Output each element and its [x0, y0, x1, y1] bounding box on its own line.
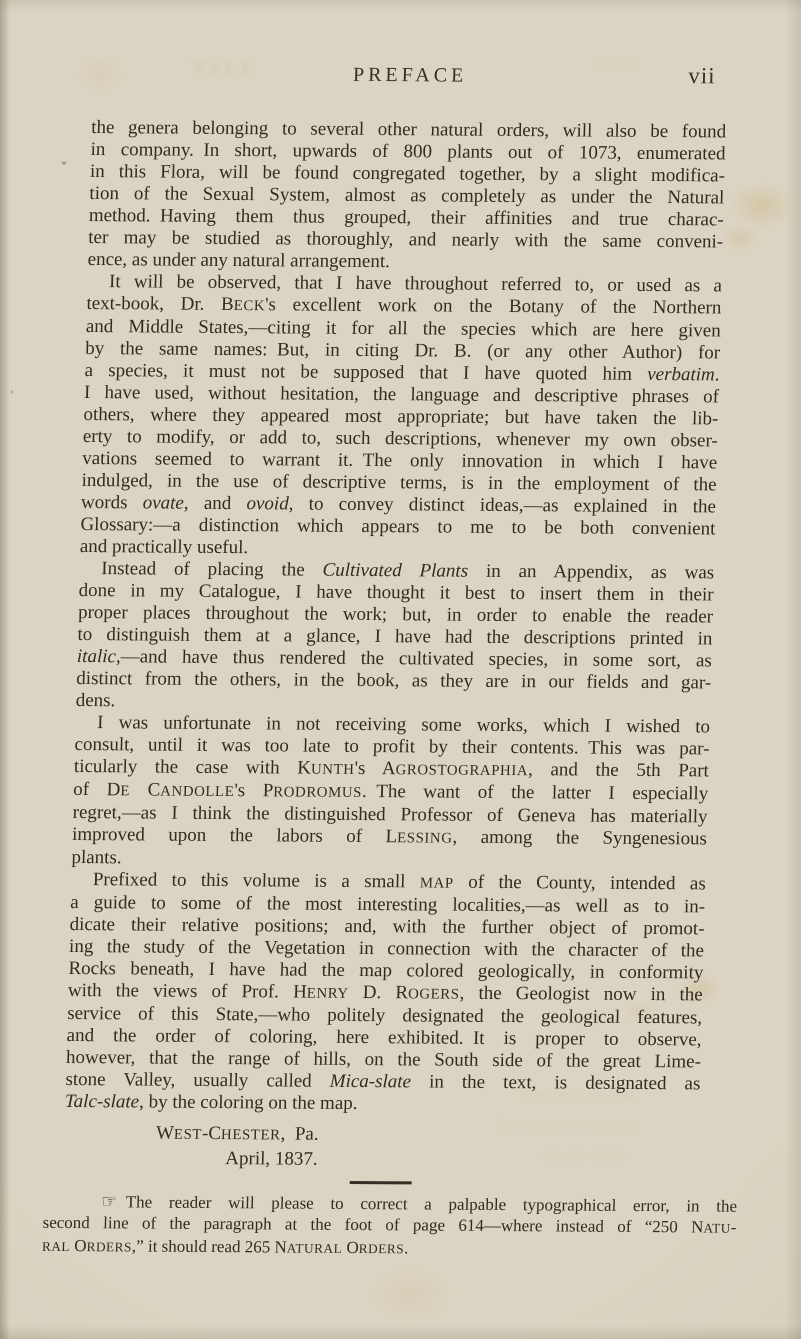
text-run: RODROMUS [273, 784, 362, 801]
book-page-scan: LISTIIIVmn ttl vrn mnttn mrl vt nn tr ml… [0, 0, 801, 1339]
text-run: 's excellent work on the Botany of the N… [265, 294, 722, 318]
text-run: RDERS [86, 1239, 132, 1254]
text-run: a guide to some of the most interesting … [70, 892, 705, 917]
paragraph: It will be observed, that I have through… [80, 271, 723, 562]
text-run: tion of the Sexual System, almost as com… [89, 183, 724, 208]
text-run: done in my Catalogue, I have thought it … [78, 580, 713, 605]
text-run: . [715, 364, 720, 385]
manicule-icon: ☞ [101, 1191, 118, 1212]
signature-block: WEST-CHESTER, Pa. April, 1837. [63, 1121, 699, 1174]
smallcaps-text: BECK [221, 294, 266, 315]
text-run: R [395, 982, 408, 1003]
text-run: O [342, 1237, 359, 1256]
text-run: others, where they appeared most appropr… [83, 404, 718, 429]
text-run: The reader will please to correct a palp… [117, 1192, 737, 1215]
text-run: to distinguish them at a glance, I have … [77, 624, 712, 649]
text-run: UNTH [311, 762, 355, 778]
smallcaps-text: WEST-CHESTER [156, 1123, 281, 1145]
text-run: a species, it must not be supposed that … [84, 360, 647, 385]
signature-date: April, 1837. [63, 1146, 699, 1174]
text-run: , Pa. [280, 1123, 319, 1144]
text-run: N [274, 1237, 287, 1256]
text-run: 's [354, 758, 382, 779]
text-run: Instead of placing the [101, 558, 323, 581]
text-run: ENRY [307, 986, 349, 1002]
text-line: improved upon the labors of LESSING, amo… [72, 824, 708, 851]
text-run: , by the coloring on the map. [139, 1091, 358, 1114]
text-run: It will be observed, that I have through… [109, 271, 722, 296]
divider-rule [349, 1181, 411, 1184]
text-run: EST [174, 1127, 203, 1143]
smallcaps-text: LESSING [385, 826, 453, 847]
text-run: H [293, 982, 307, 1003]
text-run: in company. In short, upwards of 800 pla… [90, 139, 725, 164]
text-run: ter may be studied as thoroughly, and ne… [88, 227, 723, 252]
text-run: dens. [75, 690, 115, 711]
paragraph: Prefixed to this volume is a small MAP o… [65, 869, 706, 1117]
smallcaps-text: PRODROMUS [262, 780, 362, 802]
page-title: PREFACE [92, 62, 728, 89]
text-run: with the views of Prof. [68, 980, 294, 1003]
text-run: GROSTOGRAPHIA [395, 762, 528, 779]
text-run: erty to modify, or add to, such descript… [83, 426, 718, 451]
text-run: I was unfortunate in not receiving some … [97, 712, 710, 737]
page-header: PREFACE vii [92, 62, 728, 94]
text-run: D. [348, 982, 395, 1003]
text-run: RDERS [359, 1241, 405, 1256]
text-run: HESTER [221, 1127, 281, 1143]
smallcaps-text: DE CANDOLLE [106, 779, 234, 801]
text-run: service of this State,—who politely desi… [67, 1003, 702, 1028]
text-run: indulged, in the use of descriptive term… [81, 470, 716, 495]
text-line: Talc-slate, by the coloring on the map. [65, 1091, 700, 1117]
text-run: E [120, 783, 130, 799]
text-run: ence, as under any natural arrangement. [87, 249, 390, 272]
text-run: Prefixed to this volume is a small [93, 869, 421, 892]
text-run: - [731, 1218, 737, 1237]
text-run: in this Flora, will be found congregated… [90, 161, 725, 186]
text-run: -C [202, 1123, 222, 1144]
text-run: by the same names: But, in citing Dr. B.… [85, 338, 720, 363]
italic-text: verbatim [647, 364, 715, 385]
text-run: , to convey distinct ideas,—as explained… [288, 493, 716, 517]
text-run: of [73, 779, 107, 800]
text-run: Rocks beneath, I have had the map colore… [68, 958, 703, 983]
smallcaps-text: KUNTH [297, 758, 355, 779]
text-run: and the order of coloring, here exhibite… [66, 1025, 701, 1050]
smallcaps-text: ROGERS [395, 982, 460, 1003]
text-run: ECK [233, 298, 265, 314]
paragraph: the genera belonging to several other na… [87, 117, 726, 275]
text-run: ,” it should read 265 [132, 1236, 275, 1256]
italic-text: ovoid [246, 493, 289, 514]
text-run: method. Having them thus grouped, their … [89, 205, 724, 230]
text-run: stone Valley, usually called [65, 1069, 330, 1092]
text-run: ANDOLLE [160, 784, 235, 801]
text-run: second line of the paragraph at the foot… [42, 1213, 691, 1237]
text-run: , among the Syngenesious [452, 827, 707, 850]
page-number: vii [688, 63, 716, 89]
text-run: Glossary:—a distinction which appears to… [80, 514, 715, 539]
italic-text: Talc-slate [65, 1091, 140, 1113]
paragraph: Instead of placing the Cultivated Plants… [75, 558, 714, 716]
text-run: text-book, Dr. [86, 293, 221, 315]
text-run: regret,—as I think the distinguished Pro… [72, 802, 707, 827]
text-run: ESSING [397, 830, 453, 846]
text-run: ,—and have thus rendered the cultivated … [116, 646, 712, 671]
text-run: and practically useful. [80, 536, 249, 558]
text-run: proper places throughout the work; but, … [78, 602, 713, 627]
text-run: vations seemed to warrant it. The only i… [82, 448, 717, 473]
smallcaps-text: AGROSTOGRAPHIA [382, 758, 529, 780]
text-run: RAL [42, 1238, 70, 1253]
text-run: words [81, 492, 143, 513]
paragraph: I was unfortunate in not receiving some … [71, 712, 710, 873]
text-run: of the County, intended as [453, 872, 706, 895]
text-run: P [262, 780, 273, 801]
text-run: O [70, 1236, 87, 1255]
text-run: . The want of the latter I especially [362, 781, 709, 804]
text-run: W [156, 1123, 175, 1144]
text-run: 's [234, 780, 263, 801]
errata-footnote: ☞ The reader will please to correct a pa… [42, 1190, 738, 1261]
italic-text: ovate [142, 492, 184, 513]
text-run: dicate their relative positions; and, wi… [69, 914, 704, 939]
text-run: MAP [420, 875, 454, 891]
text-run: N [691, 1217, 704, 1236]
text-run: L [385, 826, 397, 847]
text-run: ATURAL [287, 1240, 343, 1255]
text-run: ing the study of the Vegetation in conne… [69, 936, 704, 961]
text-block: PREFACE vii the genera belonging to seve… [61, 62, 728, 1261]
text-run: plants. [71, 847, 122, 868]
text-run: the genera belonging to several other na… [91, 117, 726, 142]
text-run: I have used, without hesitation, the lan… [84, 382, 719, 407]
text-run: A [382, 758, 396, 779]
text-run: , and [184, 493, 247, 514]
smallcaps-text: NATU- [691, 1217, 737, 1236]
text-run: ticularly the case with [74, 756, 298, 779]
smallcaps-text: HENRY [293, 982, 349, 1003]
text-run: in the text, is designated as [411, 1071, 701, 1094]
text-run: K [297, 758, 311, 779]
italic-text: Cultivated Plants [322, 560, 468, 582]
text-run: C [130, 779, 161, 800]
smallcaps-text: NATURAL ORDERS [274, 1237, 404, 1257]
italic-text: italic [77, 646, 117, 667]
text-run: D [106, 779, 120, 800]
text-run: ATU [703, 1220, 731, 1235]
text-run: consult, until it was too late to profit… [74, 734, 709, 759]
text-run: , the Geologist now in the [459, 983, 703, 1006]
text-run: and Middle States,—citing it for all the… [86, 316, 721, 341]
text-run: . [404, 1238, 409, 1257]
text-run: distinct from the others, in the book, a… [76, 668, 711, 693]
text-run: in an Appendix, as was [468, 561, 715, 584]
signature-place: WEST-CHESTER, Pa. [64, 1121, 700, 1150]
text-run: however, that the range of hills, on the… [66, 1047, 701, 1072]
preface-body: the genera belonging to several other na… [65, 117, 727, 1117]
text-line: distinct from the others, in the book, a… [76, 668, 711, 694]
text-run: OGERS [408, 986, 460, 1002]
smallcaps-text: MAP [420, 871, 454, 892]
text-run: B [221, 294, 234, 315]
text-run: , and the 5th Part [528, 759, 709, 781]
italic-text: Mica-slate [329, 1071, 411, 1093]
smallcaps-text: RAL ORDERS [42, 1235, 132, 1255]
text-run: improved upon the labors of [72, 824, 386, 847]
